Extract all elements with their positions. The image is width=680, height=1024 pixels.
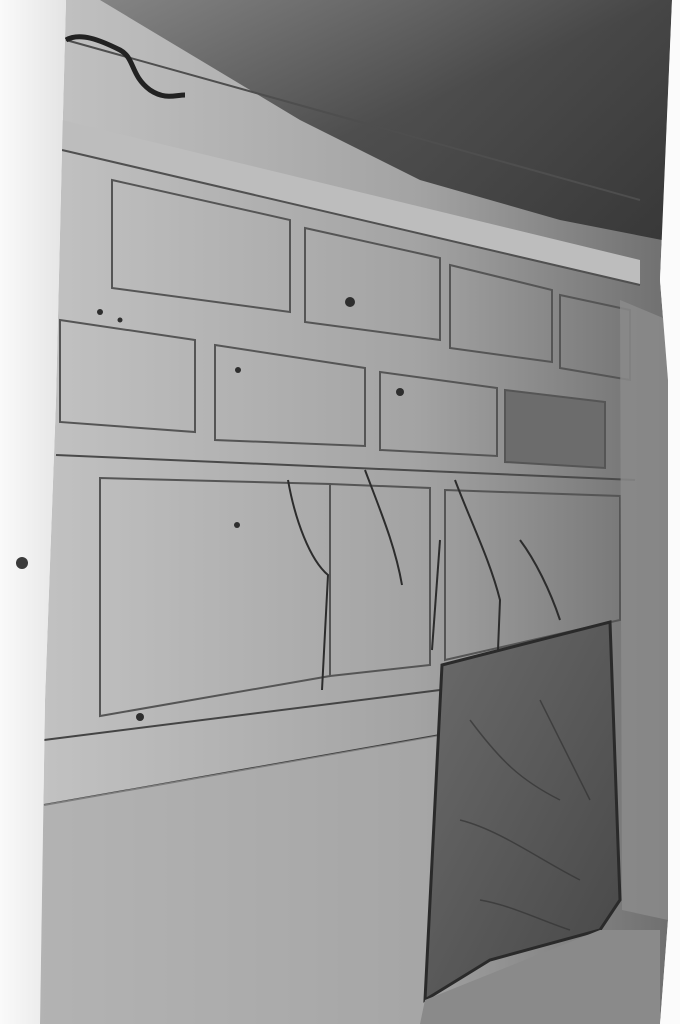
photograph [0, 0, 680, 1024]
wall-photo-svg [0, 0, 680, 1024]
